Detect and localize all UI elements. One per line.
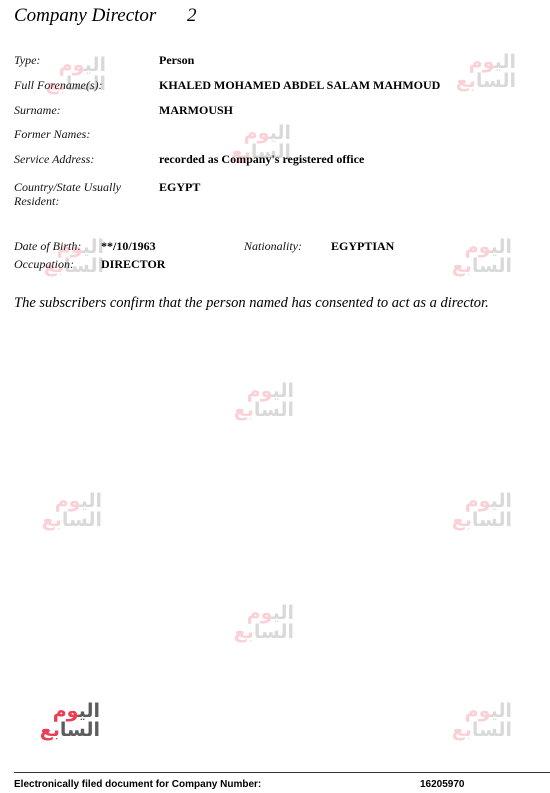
forenames-value: KHALED MOHAMED ABDEL SALAM MAHMOUD (159, 78, 440, 93)
nationality-value: EGYPTIAN (331, 239, 394, 254)
country-label-line2: Resident: (14, 194, 59, 209)
surname-value: MARMOUSH (159, 103, 233, 118)
country-value: EGYPT (159, 180, 200, 195)
watermark-logo: اليومالسابع (52, 56, 106, 98)
company-number: 16205970 (420, 779, 465, 790)
watermark-logo: اليومالسابع (50, 238, 104, 280)
surname-label: Surname: (14, 103, 61, 118)
service-address-label: Service Address: (14, 152, 94, 167)
dob-value: **/10/1963 (101, 239, 156, 254)
watermark-logo: اليومالسابع (458, 238, 512, 280)
footer-divider (14, 772, 550, 773)
watermark-logo: اليومالسابع (462, 53, 516, 95)
former-names-label: Former Names: (14, 127, 90, 142)
watermark-logo: اليومالسابع (237, 124, 291, 166)
footer-label: Electronically filed document for Compan… (14, 779, 261, 790)
watermark-logo: اليومالسابع (240, 382, 294, 424)
type-label: Type: (14, 53, 40, 68)
country-label: Country/State Usually (14, 180, 121, 195)
occupation-value: DIRECTOR (101, 257, 165, 272)
type-value: Person (159, 53, 194, 68)
nationality-label: Nationality: (244, 239, 302, 254)
watermark-logo: اليومالسابع (458, 702, 512, 744)
director-number: 2 (187, 5, 197, 27)
section-title: Company Director (14, 5, 156, 27)
watermark-logo: اليومالسابع (458, 492, 512, 534)
watermark-logo: اليومالسابع (48, 492, 102, 534)
watermark-logo: اليومالسابع (240, 604, 294, 646)
watermark-logo: اليومالسابع (46, 702, 100, 744)
consent-statement: The subscribers confirm that the person … (14, 295, 489, 312)
